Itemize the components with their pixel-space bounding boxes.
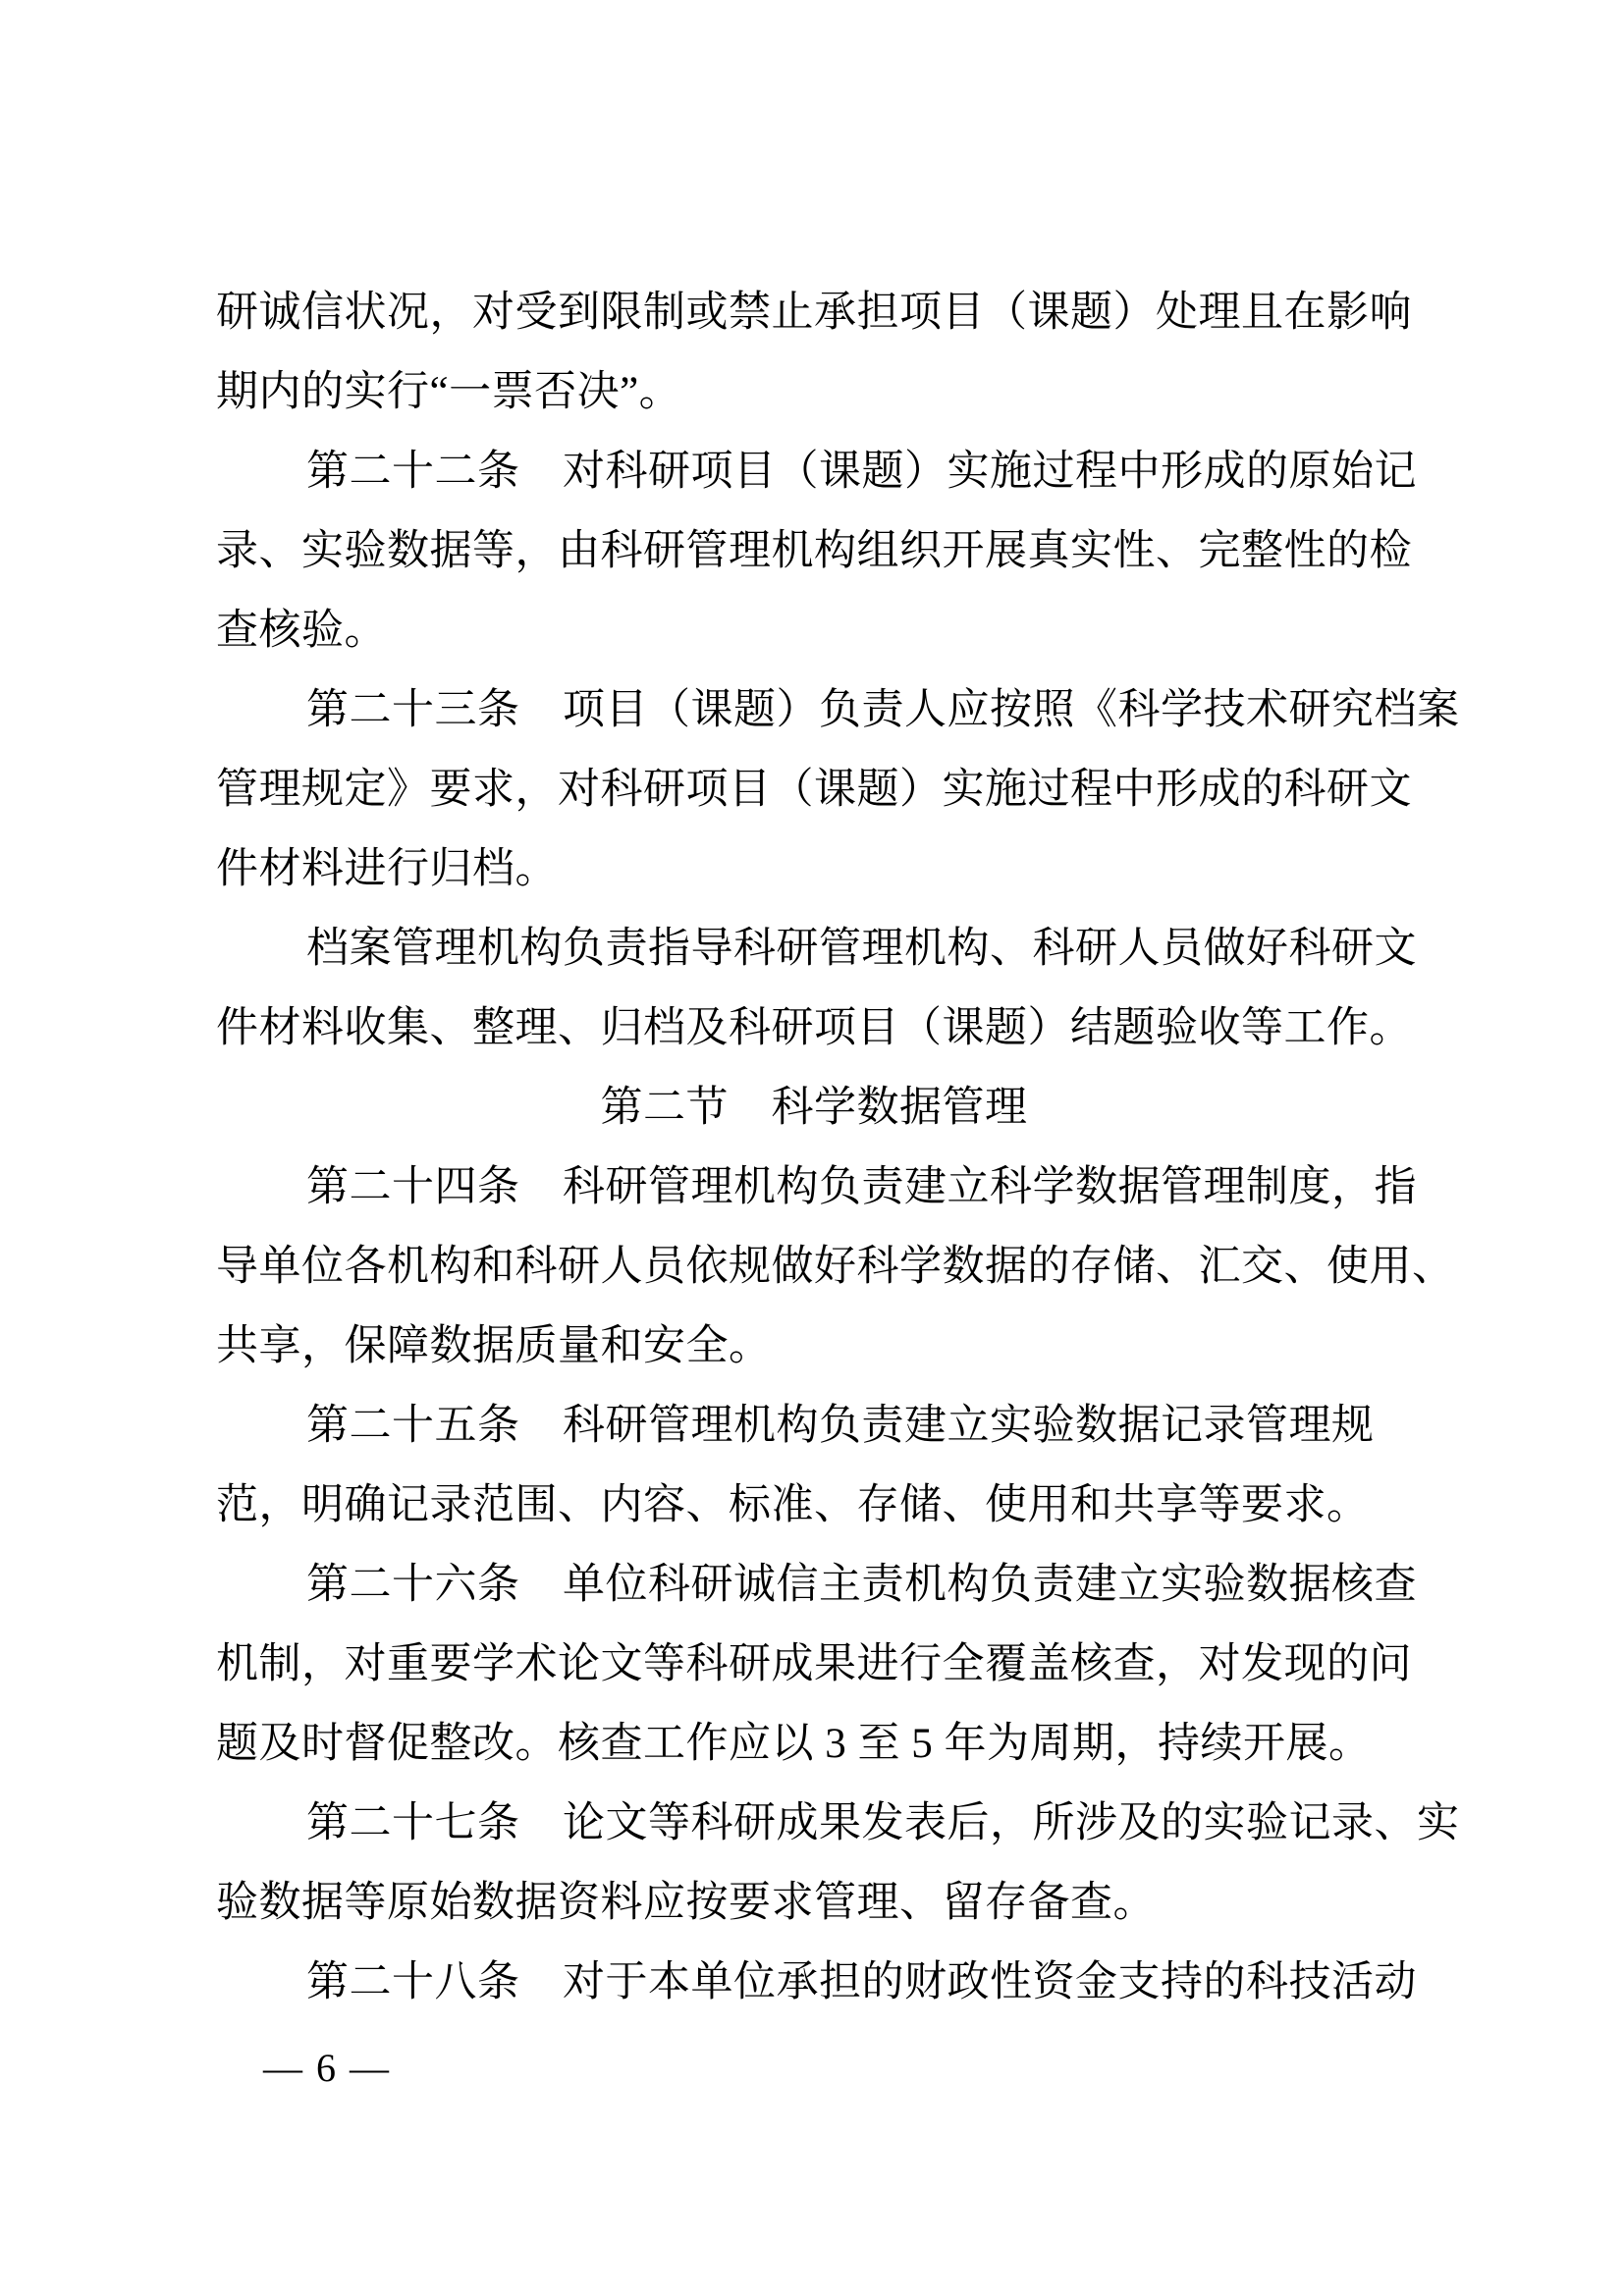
text-line: 验数据等原始数据资料应按要求管理、留存备查。 — [216, 1863, 1412, 1943]
document-body: 研诚信状况，对受到限制或禁止承担项目（课题）处理且在影响 期内的实行“一票否决”… — [216, 273, 1412, 2022]
article-22-line: 第二十二条 对科研项目（课题）实施过程中形成的原始记 — [216, 432, 1412, 511]
article-23-line: 第二十三条 项目（课题）负责人应按照《科学技术研究档案 — [216, 670, 1412, 750]
article-25-line: 第二十五条 科研管理机构负责建立实验数据记录管理规 — [216, 1386, 1412, 1466]
text-line: 管理规定》要求，对科研项目（课题）实施过程中形成的科研文 — [216, 750, 1412, 829]
text-line: 录、实验数据等，由科研管理机构组织开展真实性、完整性的检 — [216, 511, 1412, 591]
text-line: 期内的实行“一票否决”。 — [216, 352, 1412, 432]
article-28-line: 第二十八条 对于本单位承担的财政性资金支持的科技活动 — [216, 1943, 1412, 2022]
document-page: 研诚信状况，对受到限制或禁止承担项目（课题）处理且在影响 期内的实行“一票否决”… — [0, 0, 1624, 2296]
text-line: 件材料收集、整理、归档及科研项目（课题）结题验收等工作。 — [216, 988, 1412, 1068]
text-line: 机制，对重要学术论文等科研成果进行全覆盖核查，对发现的问 — [216, 1625, 1412, 1704]
article-26-line: 第二十六条 单位科研诚信主责机构负责建立实验数据核查 — [216, 1545, 1412, 1625]
article-24-line: 第二十四条 科研管理机构负责建立科学数据管理制度，指 — [216, 1148, 1412, 1227]
text-line: 查核验。 — [216, 591, 1412, 670]
text-line: 导单位各机构和科研人员依规做好科学数据的存储、汇交、使用、 — [216, 1227, 1412, 1307]
article-27-line: 第二十七条 论文等科研成果发表后，所涉及的实验记录、实 — [216, 1784, 1412, 1863]
text-line: 档案管理机构负责指导科研管理机构、科研人员做好科研文 — [216, 909, 1412, 988]
section-heading: 第二节 科学数据管理 — [216, 1068, 1412, 1148]
text-line: 范，明确记录范围、内容、标准、存储、使用和共享等要求。 — [216, 1466, 1412, 1545]
text-line: 共享，保障数据质量和安全。 — [216, 1307, 1412, 1386]
text-line: 件材料进行归档。 — [216, 829, 1412, 909]
page-number: — 6 — — [263, 2044, 391, 2093]
text-line: 题及时督促整改。核查工作应以 3 至 5 年为周期，持续开展。 — [216, 1704, 1412, 1784]
text-line: 研诚信状况，对受到限制或禁止承担项目（课题）处理且在影响 — [216, 273, 1412, 352]
